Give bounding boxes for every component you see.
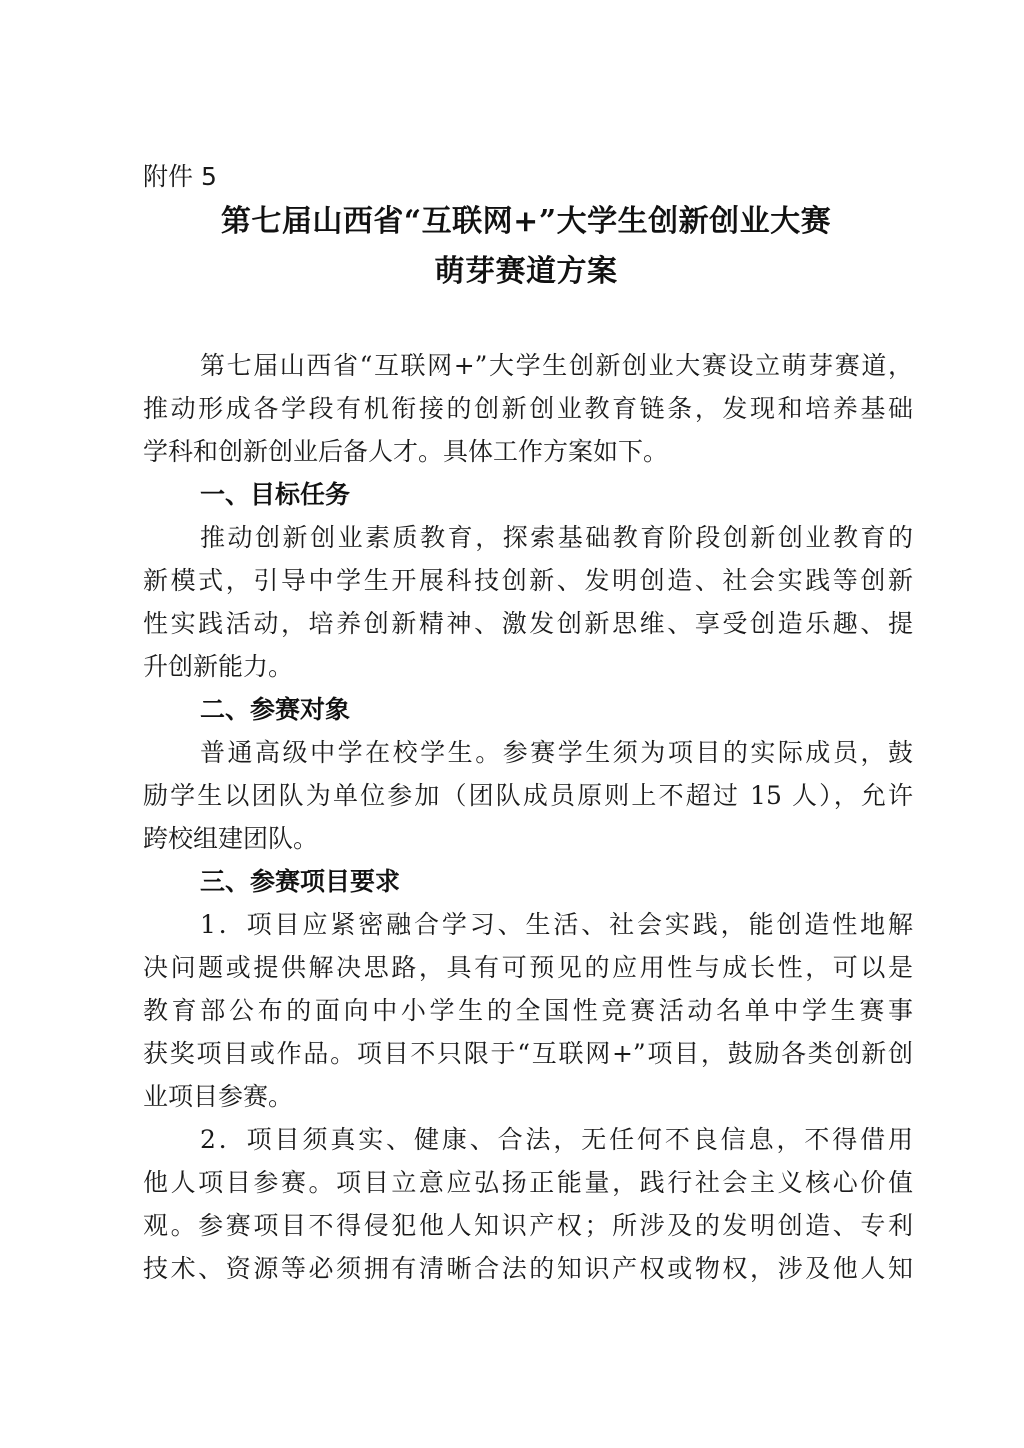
intro-line: 学科和创新创业后备人才。具体工作方案如下。 bbox=[143, 435, 913, 469]
intro-line: 第七届山西省“互联网+”大学生创新创业大赛设立萌芽赛道， bbox=[200, 349, 913, 383]
requirement-2-line: 观。参赛项目不得侵犯他人知识产权；所涉及的发明创造、专利 bbox=[143, 1209, 913, 1243]
section-heading-requirements: 三、参赛项目要求 bbox=[200, 865, 400, 899]
requirement-2-line: 他人项目参赛。项目立意应弘扬正能量，践行社会主义核心价值 bbox=[143, 1166, 913, 1200]
document-title-line-1: 第七届山西省“互联网+”大学生创新创业大赛 bbox=[14, 202, 1024, 242]
requirement-1-line: 获奖项目或作品。项目不只限于“互联网+”项目，鼓励各类创新创 bbox=[143, 1037, 913, 1071]
section-heading-participants: 二、参赛对象 bbox=[200, 693, 350, 727]
paragraph-line: 跨校组建团队。 bbox=[143, 822, 913, 856]
paragraph-line: 新模式，引导中学生开展科技创新、发明创造、社会实践等创新 bbox=[143, 564, 913, 598]
document-page: 附件 5 第七届山西省“互联网+”大学生创新创业大赛 萌芽赛道方案 第七届山西省… bbox=[0, 0, 1024, 1448]
paragraph-line: 升创新能力。 bbox=[143, 650, 913, 684]
document-title-line-2: 萌芽赛道方案 bbox=[14, 252, 1024, 292]
requirement-1-line: 业项目参赛。 bbox=[143, 1080, 913, 1114]
paragraph-line: 性实践活动，培养创新精神、激发创新思维、享受创造乐趣、提 bbox=[143, 607, 913, 641]
intro-line: 推动形成各学段有机衔接的创新创业教育链条，发现和培养基础 bbox=[143, 392, 913, 426]
paragraph-line: 励学生以团队为单位参加（团队成员原则上不超过 15 人），允许 bbox=[143, 779, 913, 813]
requirement-2-line: 2．项目须真实、健康、合法，无任何不良信息，不得借用 bbox=[200, 1123, 913, 1157]
requirement-1-line: 教育部公布的面向中小学生的全国性竞赛活动名单中学生赛事 bbox=[143, 994, 913, 1028]
section-heading-goals: 一、目标任务 bbox=[200, 478, 350, 512]
paragraph-line: 普通高级中学在校学生。参赛学生须为项目的实际成员，鼓 bbox=[200, 736, 913, 770]
requirement-1-line: 1．项目应紧密融合学习、生活、社会实践，能创造性地解 bbox=[200, 908, 913, 942]
requirement-2-line: 技术、资源等必须拥有清晰合法的知识产权或物权，涉及他人知 bbox=[143, 1252, 913, 1286]
paragraph-line: 推动创新创业素质教育，探索基础教育阶段创新创业教育的 bbox=[200, 521, 913, 555]
requirement-1-line: 决问题或提供解决思路，具有可预见的应用性与成长性，可以是 bbox=[143, 951, 913, 985]
attachment-label: 附件 5 bbox=[143, 160, 217, 194]
